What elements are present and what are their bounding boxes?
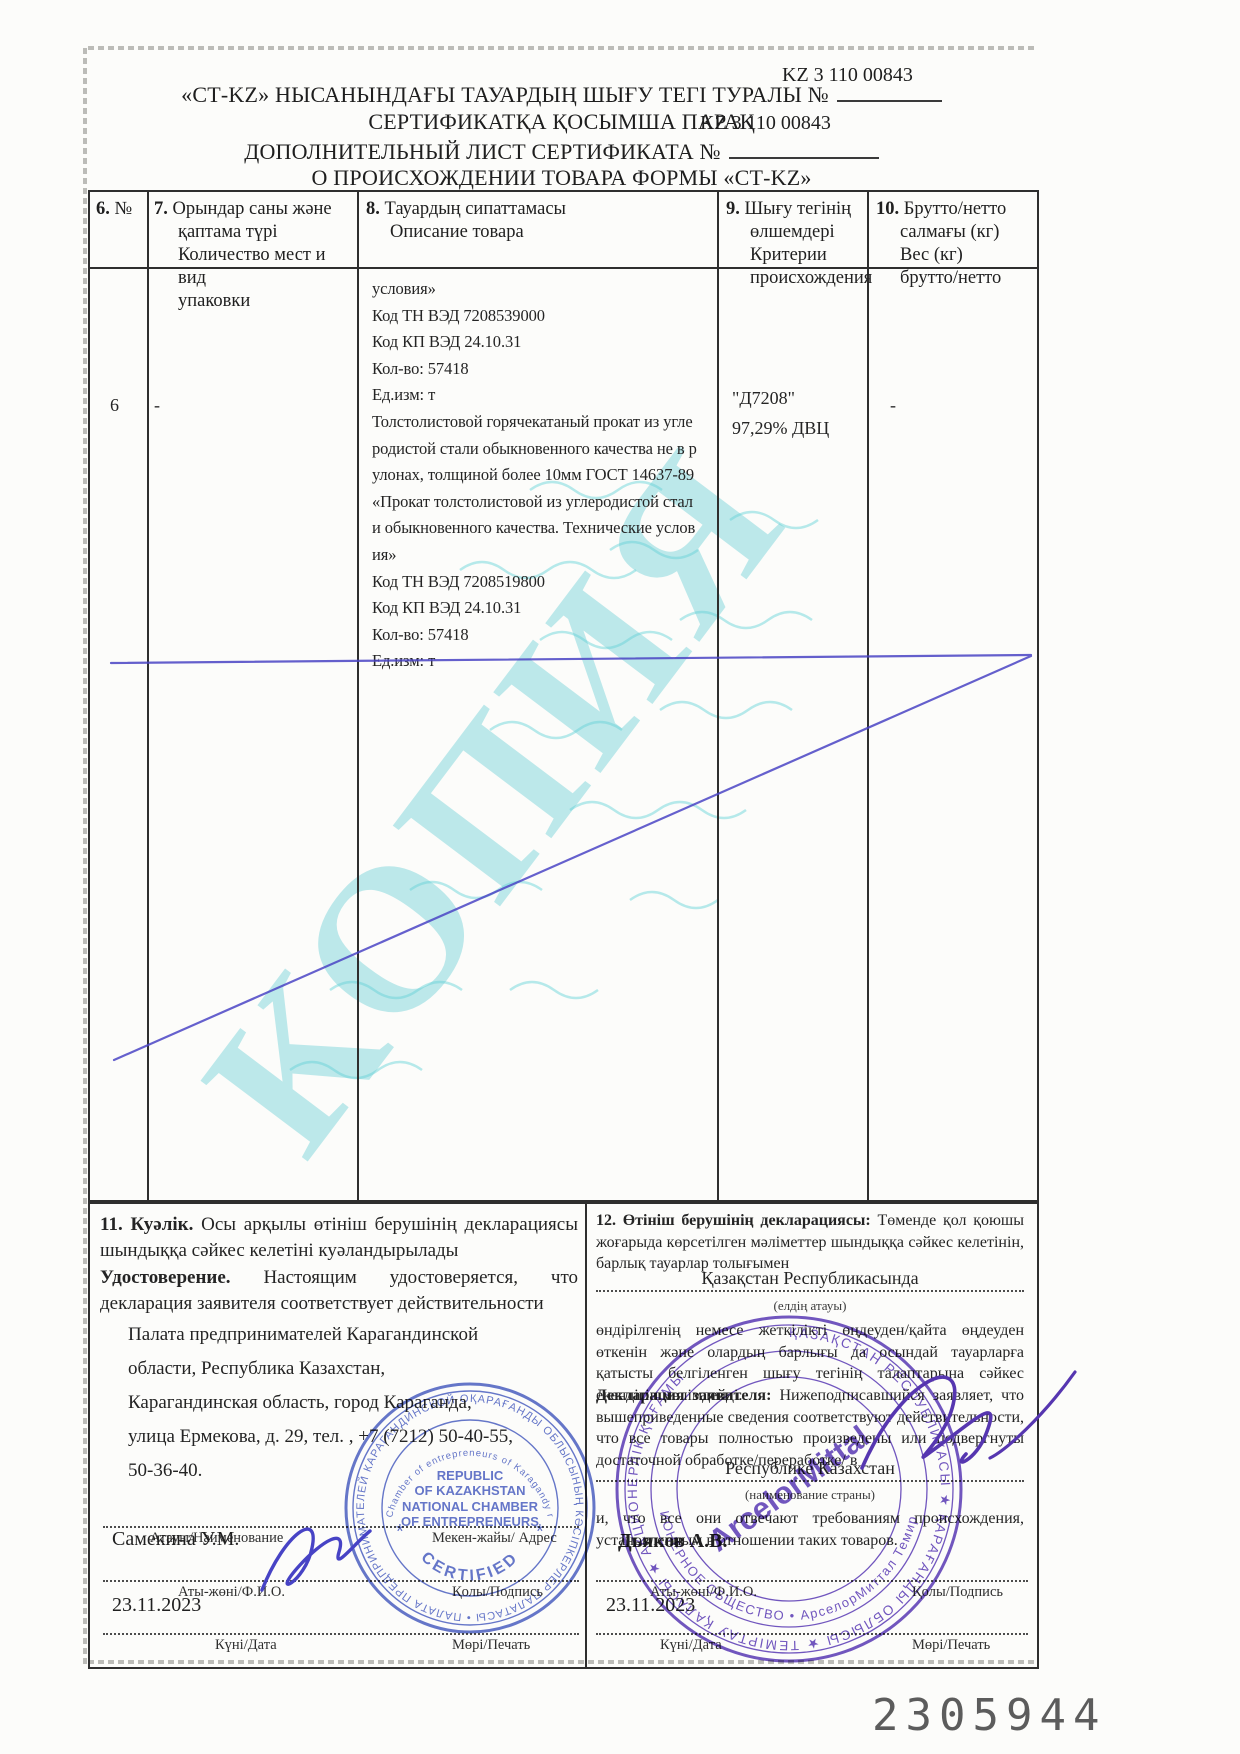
label-date-11: Күні/Дата (215, 1637, 277, 1654)
label-seal-11: Мөрі/Печать (452, 1637, 530, 1654)
goods-table: 6. № 7. Орындар саны және қаптама түрі К… (88, 190, 1039, 1204)
title-kz-line1: «СТ-KZ» НЫСАНЫНДАҒЫ ТАУАРДЫҢ ШЫҒУ ТЕГІ Т… (88, 82, 1035, 108)
description-line: и обыкновенного качества. Технические ус… (372, 515, 717, 542)
description-line: Толстолистовой горячекатаный прокат из у… (372, 409, 717, 436)
microtext-border-top (88, 46, 1035, 50)
description-line: улонах, толщиной более 10мм ГОСТ 14637-8… (372, 462, 717, 489)
column-header-6: 6. № (96, 198, 144, 221)
svg-text:NATIONAL CHAMBER: NATIONAL CHAMBER (402, 1499, 539, 1514)
table-grid-line (867, 192, 869, 1202)
origin-criteria-cell: 97,29% ДВЦ (732, 418, 829, 439)
date-11: 23.11.2023 (112, 1594, 201, 1617)
section11-certification-kz: 11. Куәлік. Осы арқылы өтініш берушінің … (100, 1212, 578, 1263)
title-ru-line1: ДОПОЛНИТЕЛЬНЫЙ ЛИСТ СЕРТИФИКАТА № (88, 139, 1035, 165)
number-blank (837, 84, 942, 102)
description-line: ия» (372, 542, 717, 569)
description-line: Код КП ВЭД 24.10.31 (372, 595, 717, 622)
packages-cell: - (154, 395, 160, 416)
microtext-border-left (83, 46, 87, 1664)
nce-certified-stamp: ҚАРАҒАНДЫ ОБЛЫСЫНЫҢ КӘСІПКЕРЛЕР ПАЛАТАСЫ… (340, 1378, 600, 1638)
title-kz-line2: СЕРТИФИКАТҚА ҚОСЫМША ПАРАҚ (88, 109, 1035, 135)
svg-text:OF KAZAKHSTAN: OF KAZAKHSTAN (415, 1483, 526, 1498)
title-ru-line2: О ПРОИСХОЖДЕНИИ ТОВАРА ФОРМЫ «СТ-KZ» (88, 165, 1035, 191)
svg-text:*: * (536, 1521, 544, 1543)
signer-name-11: Самекина У.М. (112, 1528, 239, 1551)
column-header-8: 8. Тауардың сипаттамасы Описание товара (366, 198, 711, 244)
description-line: Ед.изм: т (372, 382, 717, 409)
table-grid-line (717, 192, 719, 1202)
description-line: Код ТН ВЭД 7208519800 (372, 569, 717, 596)
number-blank (729, 141, 879, 159)
country-kz: Қазақстан Республикасында (596, 1268, 1024, 1292)
description-line: «Прокат толстолистовой из углеродистой с… (372, 489, 717, 516)
certificate-number-mid: KZ 3 110 00843 (700, 112, 831, 135)
description-line: Код КП ВЭД 24.10.31 (372, 329, 717, 356)
table-grid-line (357, 192, 359, 1202)
svg-text:*: * (396, 1521, 404, 1543)
section12-declaration-kz: 12. Өтініш берушінің декларациясы: Төмен… (596, 1210, 1024, 1275)
table-grid-line (147, 192, 149, 1202)
document-serial-number: 2305944 (872, 1690, 1106, 1741)
description-line: Кол-во: 57418 (372, 356, 717, 383)
column-header-10: 10. Брутто/нетто салмағы (кг) Вес (кг) б… (876, 198, 1032, 290)
svg-text:OF ENTREPRENEURS: OF ENTREPRENEURS (401, 1514, 539, 1529)
section11-certification-ru: Удостоверение. Настоящим удостоверяется,… (100, 1265, 578, 1316)
svg-text:ArcelorMittal: ArcelorMittal (702, 1419, 876, 1559)
origin-criteria-cell: "Д7208" (732, 388, 795, 409)
svg-text:REPUBLIC: REPUBLIC (437, 1468, 504, 1483)
goods-description-cell: условия» Код ТН ВЭД 7208539000 Код КП ВЭ… (372, 276, 717, 675)
scanned-certificate-page: КОПИЯ KZ 3 110 00843 «СТ-KZ» НЫСАНЫНДАҒЫ… (0, 0, 1240, 1754)
column-header-7: 7. Орындар саны және қаптама түрі Количе… (154, 198, 352, 313)
svg-text:CERTIFIED: CERTIFIED (418, 1549, 523, 1585)
description-line: Кол-во: 57418 (372, 622, 717, 649)
description-line: Ед.изм: т (372, 648, 717, 675)
row-number-cell: 6 (110, 395, 119, 416)
description-line: родистой стали обыкновенного качества не… (372, 436, 717, 463)
weight-cell: - (890, 395, 896, 416)
description-line: Код ТН ВЭД 7208539000 (372, 303, 717, 330)
column-header-9: 9. Шығу тегінің өлшемдері Критерии проис… (726, 198, 862, 290)
arcelormittal-stamp: ҚАЗАҚСТАН РЕСПУБЛИКАСЫ ★ ҚАРАҒАНДЫ ОБЛЫС… (612, 1312, 972, 1672)
description-line: условия» (372, 276, 717, 303)
